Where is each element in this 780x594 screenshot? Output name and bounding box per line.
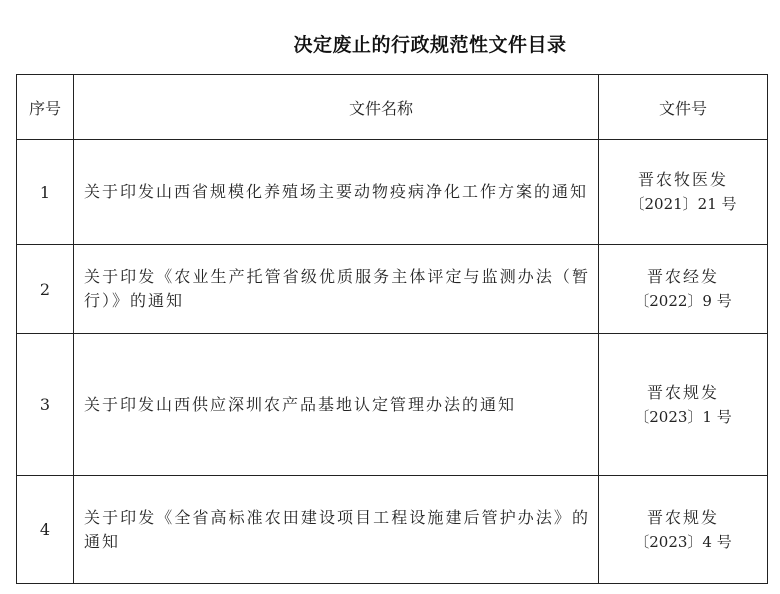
document-number-year: 〔2023〕4 号: [599, 530, 767, 554]
document-number-issuer: 晋农经发: [599, 265, 767, 289]
row-document-name: 关于印发山西省规模化养殖场主要动物疫病净化工作方案的通知: [74, 140, 599, 245]
document-title: 决定废止的行政规范性文件目录: [0, 30, 780, 57]
table-row: 2 关于印发《农业生产托管省级优质服务主体评定与监测办法（暂行）》的通知 晋农经…: [17, 245, 768, 334]
row-seq: 2: [17, 245, 74, 334]
document-number-year: 〔2023〕1 号: [599, 405, 767, 429]
row-seq: 1: [17, 140, 74, 245]
header-name: 文件名称: [74, 75, 599, 140]
document-number-issuer: 晋农牧医发: [599, 168, 767, 192]
row-document-number: 晋农经发 〔2022〕9 号: [599, 245, 768, 334]
document-number-year: 〔2021〕21 号: [599, 192, 767, 216]
abolished-documents-table: 序号 文件名称 文件号 1 关于印发山西省规模化养殖场主要动物疫病净化工作方案的…: [16, 74, 768, 584]
row-document-number: 晋农牧医发 〔2021〕21 号: [599, 140, 768, 245]
row-document-number: 晋农规发 〔2023〕1 号: [599, 334, 768, 476]
table-header-row: 序号 文件名称 文件号: [17, 75, 768, 140]
document-number-issuer: 晋农规发: [599, 381, 767, 405]
row-document-name: 关于印发《全省高标准农田建设项目工程设施建后管护办法》的通知: [74, 476, 599, 584]
row-seq: 3: [17, 334, 74, 476]
table-row: 1 关于印发山西省规模化养殖场主要动物疫病净化工作方案的通知 晋农牧医发 〔20…: [17, 140, 768, 245]
table-row: 3 关于印发山西供应深圳农产品基地认定管理办法的通知 晋农规发 〔2023〕1 …: [17, 334, 768, 476]
row-document-number: 晋农规发 〔2023〕4 号: [599, 476, 768, 584]
document-number-year: 〔2022〕9 号: [599, 289, 767, 313]
document-number-issuer: 晋农规发: [599, 506, 767, 530]
header-number: 文件号: [599, 75, 768, 140]
row-seq: 4: [17, 476, 74, 584]
table-row: 4 关于印发《全省高标准农田建设项目工程设施建后管护办法》的通知 晋农规发 〔2…: [17, 476, 768, 584]
row-document-name: 关于印发山西供应深圳农产品基地认定管理办法的通知: [74, 334, 599, 476]
row-document-name: 关于印发《农业生产托管省级优质服务主体评定与监测办法（暂行）》的通知: [74, 245, 599, 334]
header-seq: 序号: [17, 75, 74, 140]
